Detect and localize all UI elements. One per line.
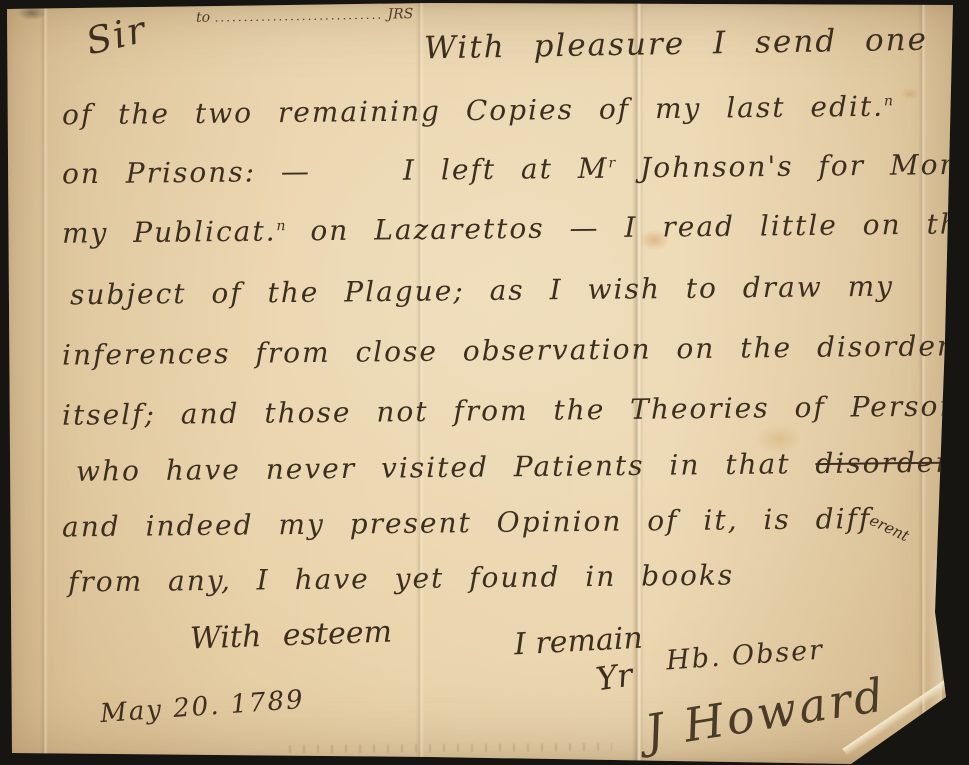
line-text: from any, I have yet found in books [68, 559, 734, 599]
annotation-initials: JRS [387, 6, 413, 22]
superscript: n [884, 93, 893, 109]
line-gap [311, 180, 403, 181]
struck-word: disorder [815, 446, 951, 480]
letter-paper: to ............................. JRS Sir… [0, 0, 969, 765]
line-text: I left at M [403, 152, 609, 187]
line-text: my Publicat. [62, 215, 277, 250]
line-text: on Prisons: — [62, 155, 311, 191]
letter-line: from any, I have yet found in books [68, 559, 734, 599]
superscript: n [276, 218, 285, 234]
annotation-to: to [196, 10, 210, 26]
closing-esteem: With esteem [189, 614, 392, 656]
annotation-dotted-line: ............................. [214, 8, 383, 25]
line-text: Johnson's for Mon [615, 148, 960, 185]
closing-yr: Yr [594, 656, 635, 699]
